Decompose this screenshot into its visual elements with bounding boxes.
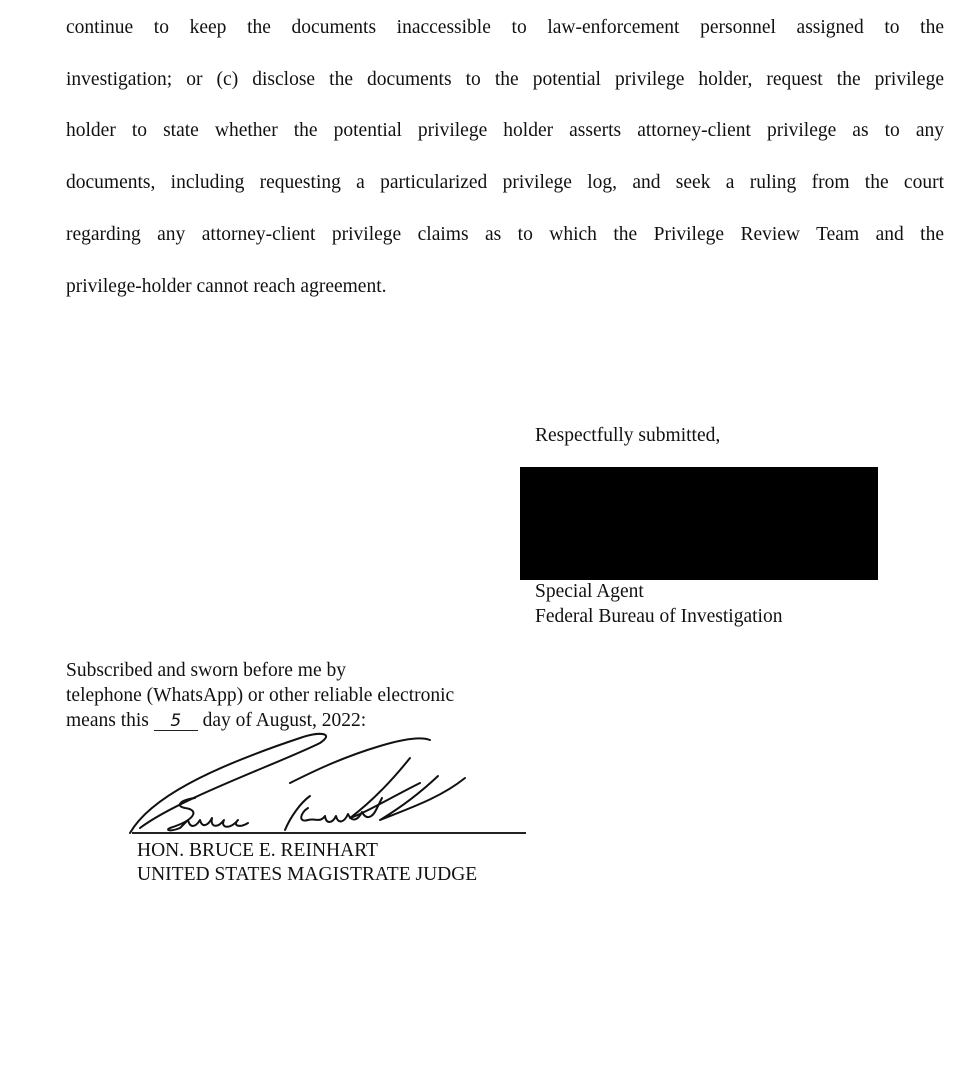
redaction-box (520, 467, 878, 580)
paragraph-line: holder to state whether the potential pr… (66, 119, 944, 143)
judge-name: HON. BRUCE E. REINHART (137, 838, 378, 863)
paragraph-line: regarding any attorney-client privilege … (66, 223, 944, 247)
paragraph-line: documents, including requesting a partic… (66, 171, 944, 195)
paragraph-line: investigation; or (c) disclose the docum… (66, 68, 944, 92)
agent-title: Special Agent (535, 579, 644, 604)
jurat-line-1: Subscribed and sworn before me by (66, 658, 346, 683)
closing-text: Respectfully submitted, (535, 423, 720, 448)
judge-title: UNITED STATES MAGISTRATE JUDGE (137, 862, 477, 887)
paragraph-line: privilege-holder cannot reach agreement. (66, 275, 944, 299)
judge-signature-icon (120, 728, 500, 838)
paragraph-line: continue to keep the documents inaccessi… (66, 16, 944, 40)
signature-line (132, 832, 526, 834)
jurat-line-2: telephone (WhatsApp) or other reliable e… (66, 683, 454, 708)
agent-agency: Federal Bureau of Investigation (535, 604, 782, 629)
